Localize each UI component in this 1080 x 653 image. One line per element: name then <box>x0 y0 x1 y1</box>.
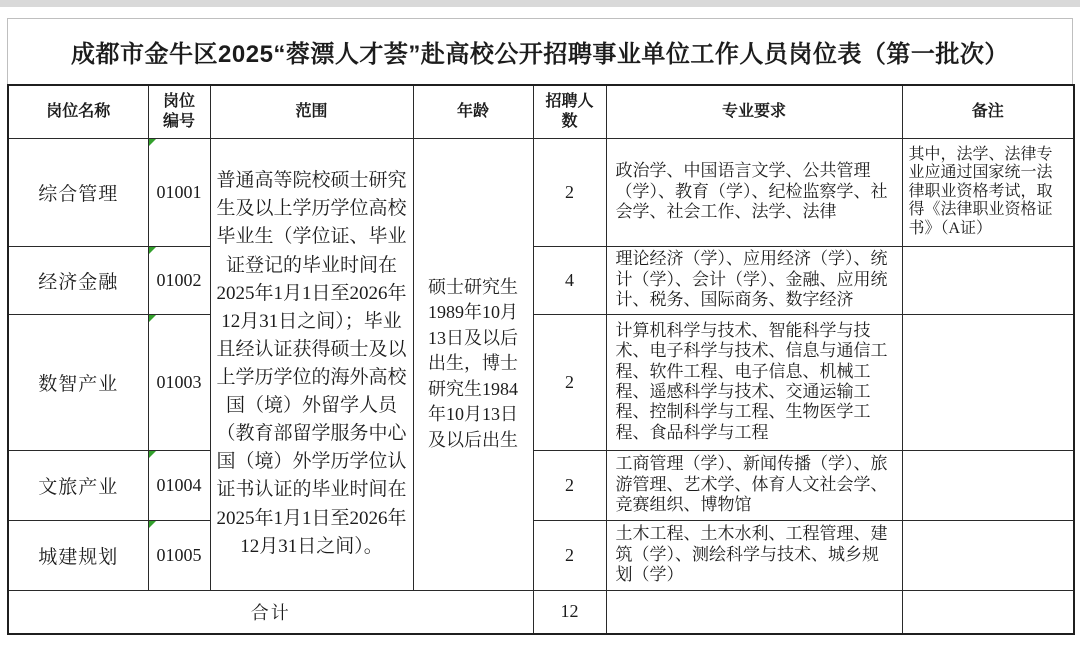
recruit-count-cell: 2 <box>533 520 606 590</box>
job-code-cell: 01003 <box>148 314 210 450</box>
majors-cell: 政治学、中国语言文学、公共管理（学）、教育（学）、纪检监察学、社会学、社会工作、… <box>606 138 902 246</box>
table-row: 经济金融 01002 4 理论经济（学）、应用经济（学）、统计（学）、会计（学）… <box>8 246 1074 314</box>
majors-cell: 土木工程、土木水利、工程管理、建筑（学）、测绘科学与技术、城乡规划（学） <box>606 520 902 590</box>
table-row: 城建规划 01005 2 土木工程、土木水利、工程管理、建筑（学）、测绘科学与技… <box>8 520 1074 590</box>
table-row: 文旅产业 01004 2 工商管理（学）、新闻传播（学）、旅游管理、艺术学、体育… <box>8 450 1074 520</box>
job-code-text: 01004 <box>157 475 202 495</box>
recruit-count-cell: 2 <box>533 138 606 246</box>
job-name-cell: 文旅产业 <box>8 450 148 520</box>
recruitment-table: 岗位名称 岗位编号 范围 年龄 招聘人数 专业要求 备注 综合管理 01001 … <box>7 84 1075 635</box>
header-age: 年龄 <box>413 85 533 138</box>
table-row: 综合管理 01001 普通高等院校硕士研究生及以上学历学位高校毕业生（学位证、毕… <box>8 138 1074 246</box>
remark-cell <box>902 450 1074 520</box>
job-name-cell: 综合管理 <box>8 138 148 246</box>
header-scope: 范围 <box>210 85 413 138</box>
title-bar: 成都市金牛区2025“蓉漂人才荟”赴高校公开招聘事业单位工作人员岗位表（第一批次… <box>7 18 1073 84</box>
excel-corner-flag-icon <box>149 315 156 322</box>
header-major-requirements: 专业要求 <box>606 85 902 138</box>
job-code-cell: 01005 <box>148 520 210 590</box>
remark-cell <box>902 520 1074 590</box>
excel-corner-flag-icon <box>149 451 156 458</box>
job-table-sheet: 成都市金牛区2025“蓉漂人才荟”赴高校公开招聘事业单位工作人员岗位表（第一批次… <box>7 18 1073 635</box>
job-code-text: 01003 <box>157 372 202 392</box>
majors-cell: 计算机科学与技术、智能科学与技术、电子科学与技术、信息与通信工程、软件工程、电子… <box>606 314 902 450</box>
remark-cell <box>902 314 1074 450</box>
total-label-cell: 合计 <box>8 590 533 634</box>
remark-cell: 其中，法学、法律专业应通过国家统一法律职业资格考试，取得《法律职业资格证书》（A… <box>902 138 1074 246</box>
job-code-cell: 01001 <box>148 138 210 246</box>
excel-corner-flag-icon <box>149 139 156 146</box>
table-row: 数智产业 01003 2 计算机科学与技术、智能科学与技术、电子科学与技术、信息… <box>8 314 1074 450</box>
majors-cell: 工商管理（学）、新闻传播（学）、旅游管理、艺术学、体育人文社会学、竞赛组织、博物… <box>606 450 902 520</box>
page-title: 成都市金牛区2025“蓉漂人才荟”赴高校公开招聘事业单位工作人员岗位表（第一批次… <box>71 34 1009 69</box>
header-remarks: 备注 <box>902 85 1074 138</box>
remark-cell <box>902 246 1074 314</box>
job-code-cell: 01002 <box>148 246 210 314</box>
recruit-count-cell: 2 <box>533 314 606 450</box>
job-code-cell: 01004 <box>148 450 210 520</box>
page-margin-strip <box>0 0 1080 7</box>
header-job-name: 岗位名称 <box>8 85 148 138</box>
job-name-cell: 数智产业 <box>8 314 148 450</box>
remark-cell-empty <box>902 590 1074 634</box>
job-code-text: 01005 <box>157 545 202 565</box>
majors-cell-empty <box>606 590 902 634</box>
job-name-cell: 经济金融 <box>8 246 148 314</box>
recruit-count-cell: 2 <box>533 450 606 520</box>
header-recruit-count: 招聘人数 <box>533 85 606 138</box>
job-code-text: 01002 <box>157 270 202 290</box>
total-count-cell: 12 <box>533 590 606 634</box>
header-row: 岗位名称 岗位编号 范围 年龄 招聘人数 专业要求 备注 <box>8 85 1074 138</box>
excel-corner-flag-icon <box>149 247 156 254</box>
excel-corner-flag-icon <box>149 521 156 528</box>
job-name-cell: 城建规划 <box>8 520 148 590</box>
total-row: 合计 12 <box>8 590 1074 634</box>
scope-cell: 普通高等院校硕士研究生及以上学历学位高校毕业生（学位证、毕业证登记的毕业时间在2… <box>210 138 413 590</box>
age-cell: 硕士研究生1989年10月13日及以后出生，博士研究生1984年10月13日及以… <box>413 138 533 590</box>
recruit-count-cell: 4 <box>533 246 606 314</box>
majors-cell: 理论经济（学）、应用经济（学）、统计（学）、会计（学）、金融、应用统计、税务、国… <box>606 246 902 314</box>
header-job-code: 岗位编号 <box>148 85 210 138</box>
job-code-text: 01001 <box>157 182 202 202</box>
